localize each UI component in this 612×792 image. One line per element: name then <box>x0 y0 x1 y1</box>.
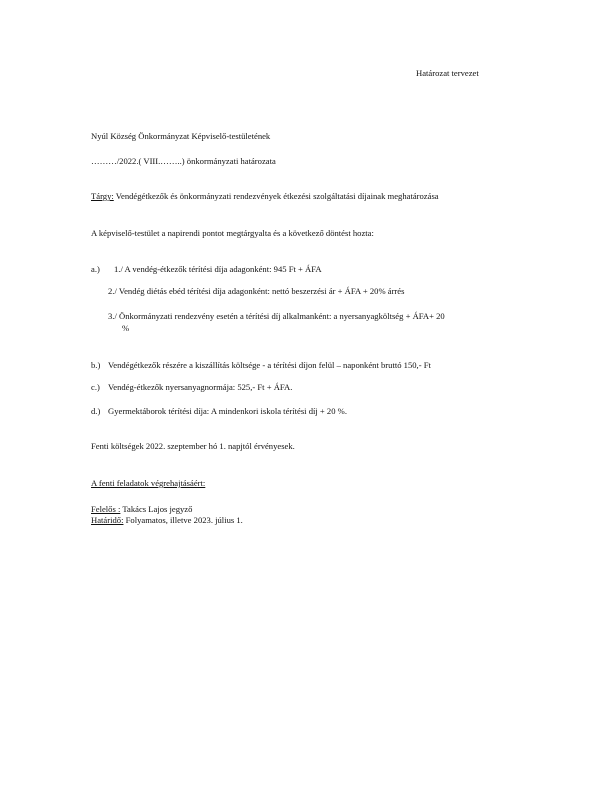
intro-text: A képviselő-testület a napirendi pontot … <box>91 228 374 238</box>
deadline-line: Határidő: Folyamatos, illetve 2023. júli… <box>91 515 243 525</box>
execution-heading: A fenti feladatok végrehajtásáért: <box>91 478 205 488</box>
resolution-number: ………/2022.( VIII.……..) önkormányzati hatá… <box>91 156 276 166</box>
subject-line: Tárgy: Vendégétkezők és önkormányzati re… <box>91 191 439 201</box>
item-d-marker: d.) <box>91 406 100 416</box>
deadline-label: Határidő: <box>91 515 123 525</box>
addressee: Nyúl Község Önkormányzat Képviselő-testü… <box>91 131 270 141</box>
deadline-value: Folyamatos, illetve 2023. július 1. <box>123 515 242 525</box>
draft-label: Határozat tervezet <box>416 68 479 78</box>
responsible-label: Felelős : <box>91 504 120 514</box>
item-a-sub3-cont: % <box>122 323 129 333</box>
item-a-sub2: 2./ Vendég diétás ebéd térítési díja ada… <box>108 286 404 296</box>
item-c-marker: c.) <box>91 382 100 392</box>
item-d-text: Gyermektáborok térítési díja: A mindenko… <box>108 406 347 416</box>
item-a-sub3: 3./ Önkormányzati rendezvény esetén a té… <box>108 311 445 321</box>
responsible-line: Felelős : Takács Lajos jegyző <box>91 504 192 514</box>
item-a-sub1: 1./ A vendég-étkezők térítési díja adago… <box>114 264 322 274</box>
item-b-marker: b.) <box>91 360 100 370</box>
item-c-text: Vendég-étkezők nyersanyagnormája: 525,- … <box>108 382 292 392</box>
item-b-text: Vendégétkezők részére a kiszállítás költ… <box>108 360 431 370</box>
effective-date: Fenti költségek 2022. szeptember hó 1. n… <box>91 441 295 451</box>
subject-label: Tárgy: <box>91 191 114 201</box>
subject-text: Vendégétkezők és önkormányzati rendezvén… <box>114 191 439 201</box>
responsible-value: Takács Lajos jegyző <box>120 504 192 514</box>
item-a-marker: a.) <box>91 264 100 274</box>
